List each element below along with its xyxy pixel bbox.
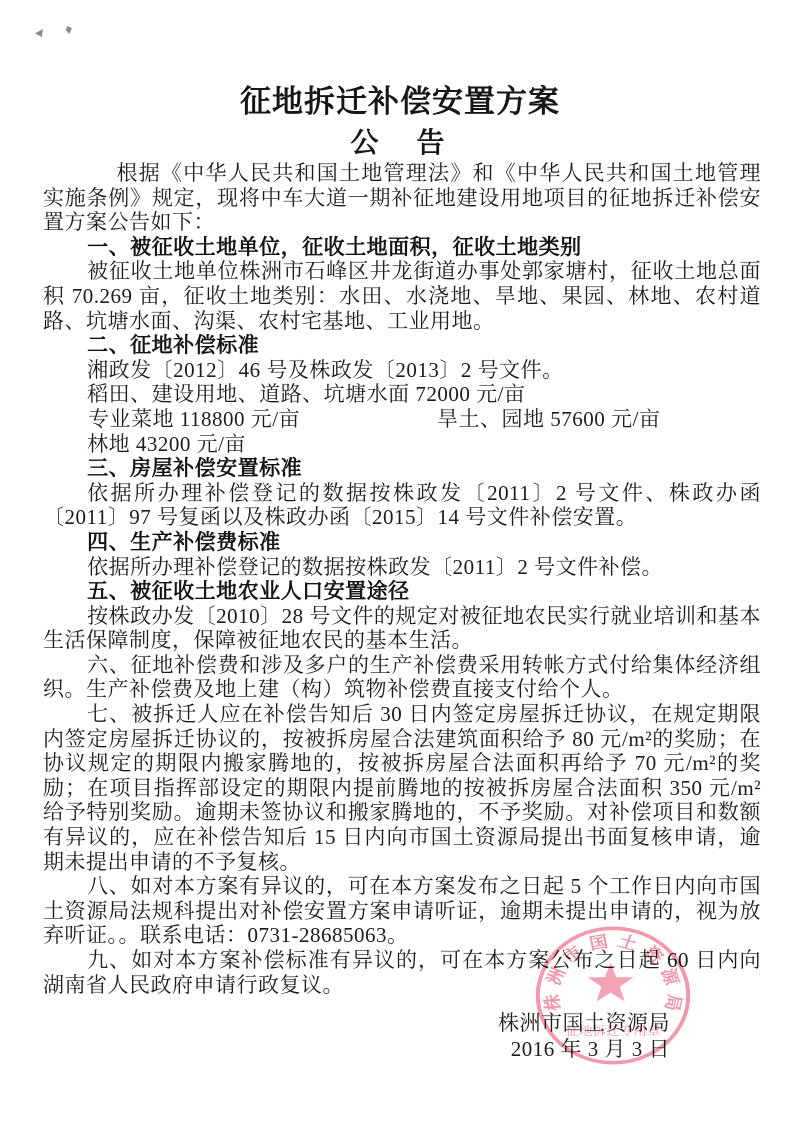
body-paragraph: 九、如对本方案补偿标准有异议的，可在本方案公布之日起 60 日内向湖南省人民政府…	[43, 948, 761, 997]
signature-date: 2016 年 3 月 3 日	[498, 1036, 670, 1062]
body-paragraph: 林地 43200 元/亩	[43, 432, 761, 457]
section-heading: 二、征地补偿标准	[43, 333, 761, 358]
scan-speck	[66, 26, 72, 34]
body-paragraph: 按株政办发〔2010〕28 号文件的规定对被征地农民实行就业培训和基本生活保障制…	[43, 604, 761, 653]
body-paragraph: 湘政发〔2012〕46 号及株政发〔2013〕2 号文件。	[43, 358, 761, 383]
body-paragraph: 稻田、建设用地、道路、坑塘水面 72000 元/亩	[43, 382, 761, 407]
body-paragraph: 被征收土地单位株洲市石峰区井龙街道办事处郭家塘村，征收土地总面积 70.269 …	[43, 259, 761, 333]
body-paragraph: 八、如对本方案有异议的，可在本方案发布之日起 5 个工作日内向市国土资源局法规科…	[43, 874, 761, 948]
rate-left: 专业菜地 118800 元/亩	[88, 407, 300, 431]
scan-speck	[35, 29, 43, 37]
rate-right: 旱土、园地 57600 元/亩	[437, 407, 660, 432]
signature-org: 株洲市国土资源局	[498, 1010, 670, 1036]
section-heading: 三、房屋补偿安置标准	[43, 456, 761, 481]
document-subtitle: 公 告	[0, 121, 800, 161]
body-paragraph: 专业菜地 118800 元/亩旱土、园地 57600 元/亩	[43, 407, 761, 432]
section-heading: 四、生产补偿费标准	[43, 530, 761, 555]
body-paragraph: 六、征地补偿费和涉及多户的生产补偿费采用转帐方式付给集体经济组织。生产补偿费及地…	[43, 653, 761, 702]
document-title: 征地拆迁补偿安置方案	[0, 76, 800, 121]
section-heading: 一、被征收土地单位，征收土地面积，征收土地类别	[43, 235, 761, 260]
body-paragraph: 七、被拆迁人应在补偿告知后 30 日内签定房屋拆迁协议，在规定期限内签定房屋拆迁…	[43, 702, 761, 874]
document-body: 根据《中华人民共和国土地管理法》和《中华人民共和国土地管理实施条例》规定，现将中…	[43, 161, 761, 997]
document-page: 征地拆迁补偿安置方案 公 告 根据《中华人民共和国土地管理法》和《中华人民共和国…	[0, 0, 800, 1131]
signature-block: 株洲市国土资源局 2016 年 3 月 3 日	[498, 1010, 670, 1062]
body-paragraph: 根据《中华人民共和国土地管理法》和《中华人民共和国土地管理实施条例》规定，现将中…	[43, 161, 761, 235]
body-paragraph: 依据所办理补偿登记的数据按株政发〔2011〕2 号文件、株政办函〔2011〕97…	[43, 481, 761, 530]
body-paragraph: 依据所办理补偿登记的数据按株政发〔2011〕2 号文件补偿。	[43, 555, 761, 580]
section-heading: 五、被征收土地农业人口安置途径	[43, 579, 761, 604]
